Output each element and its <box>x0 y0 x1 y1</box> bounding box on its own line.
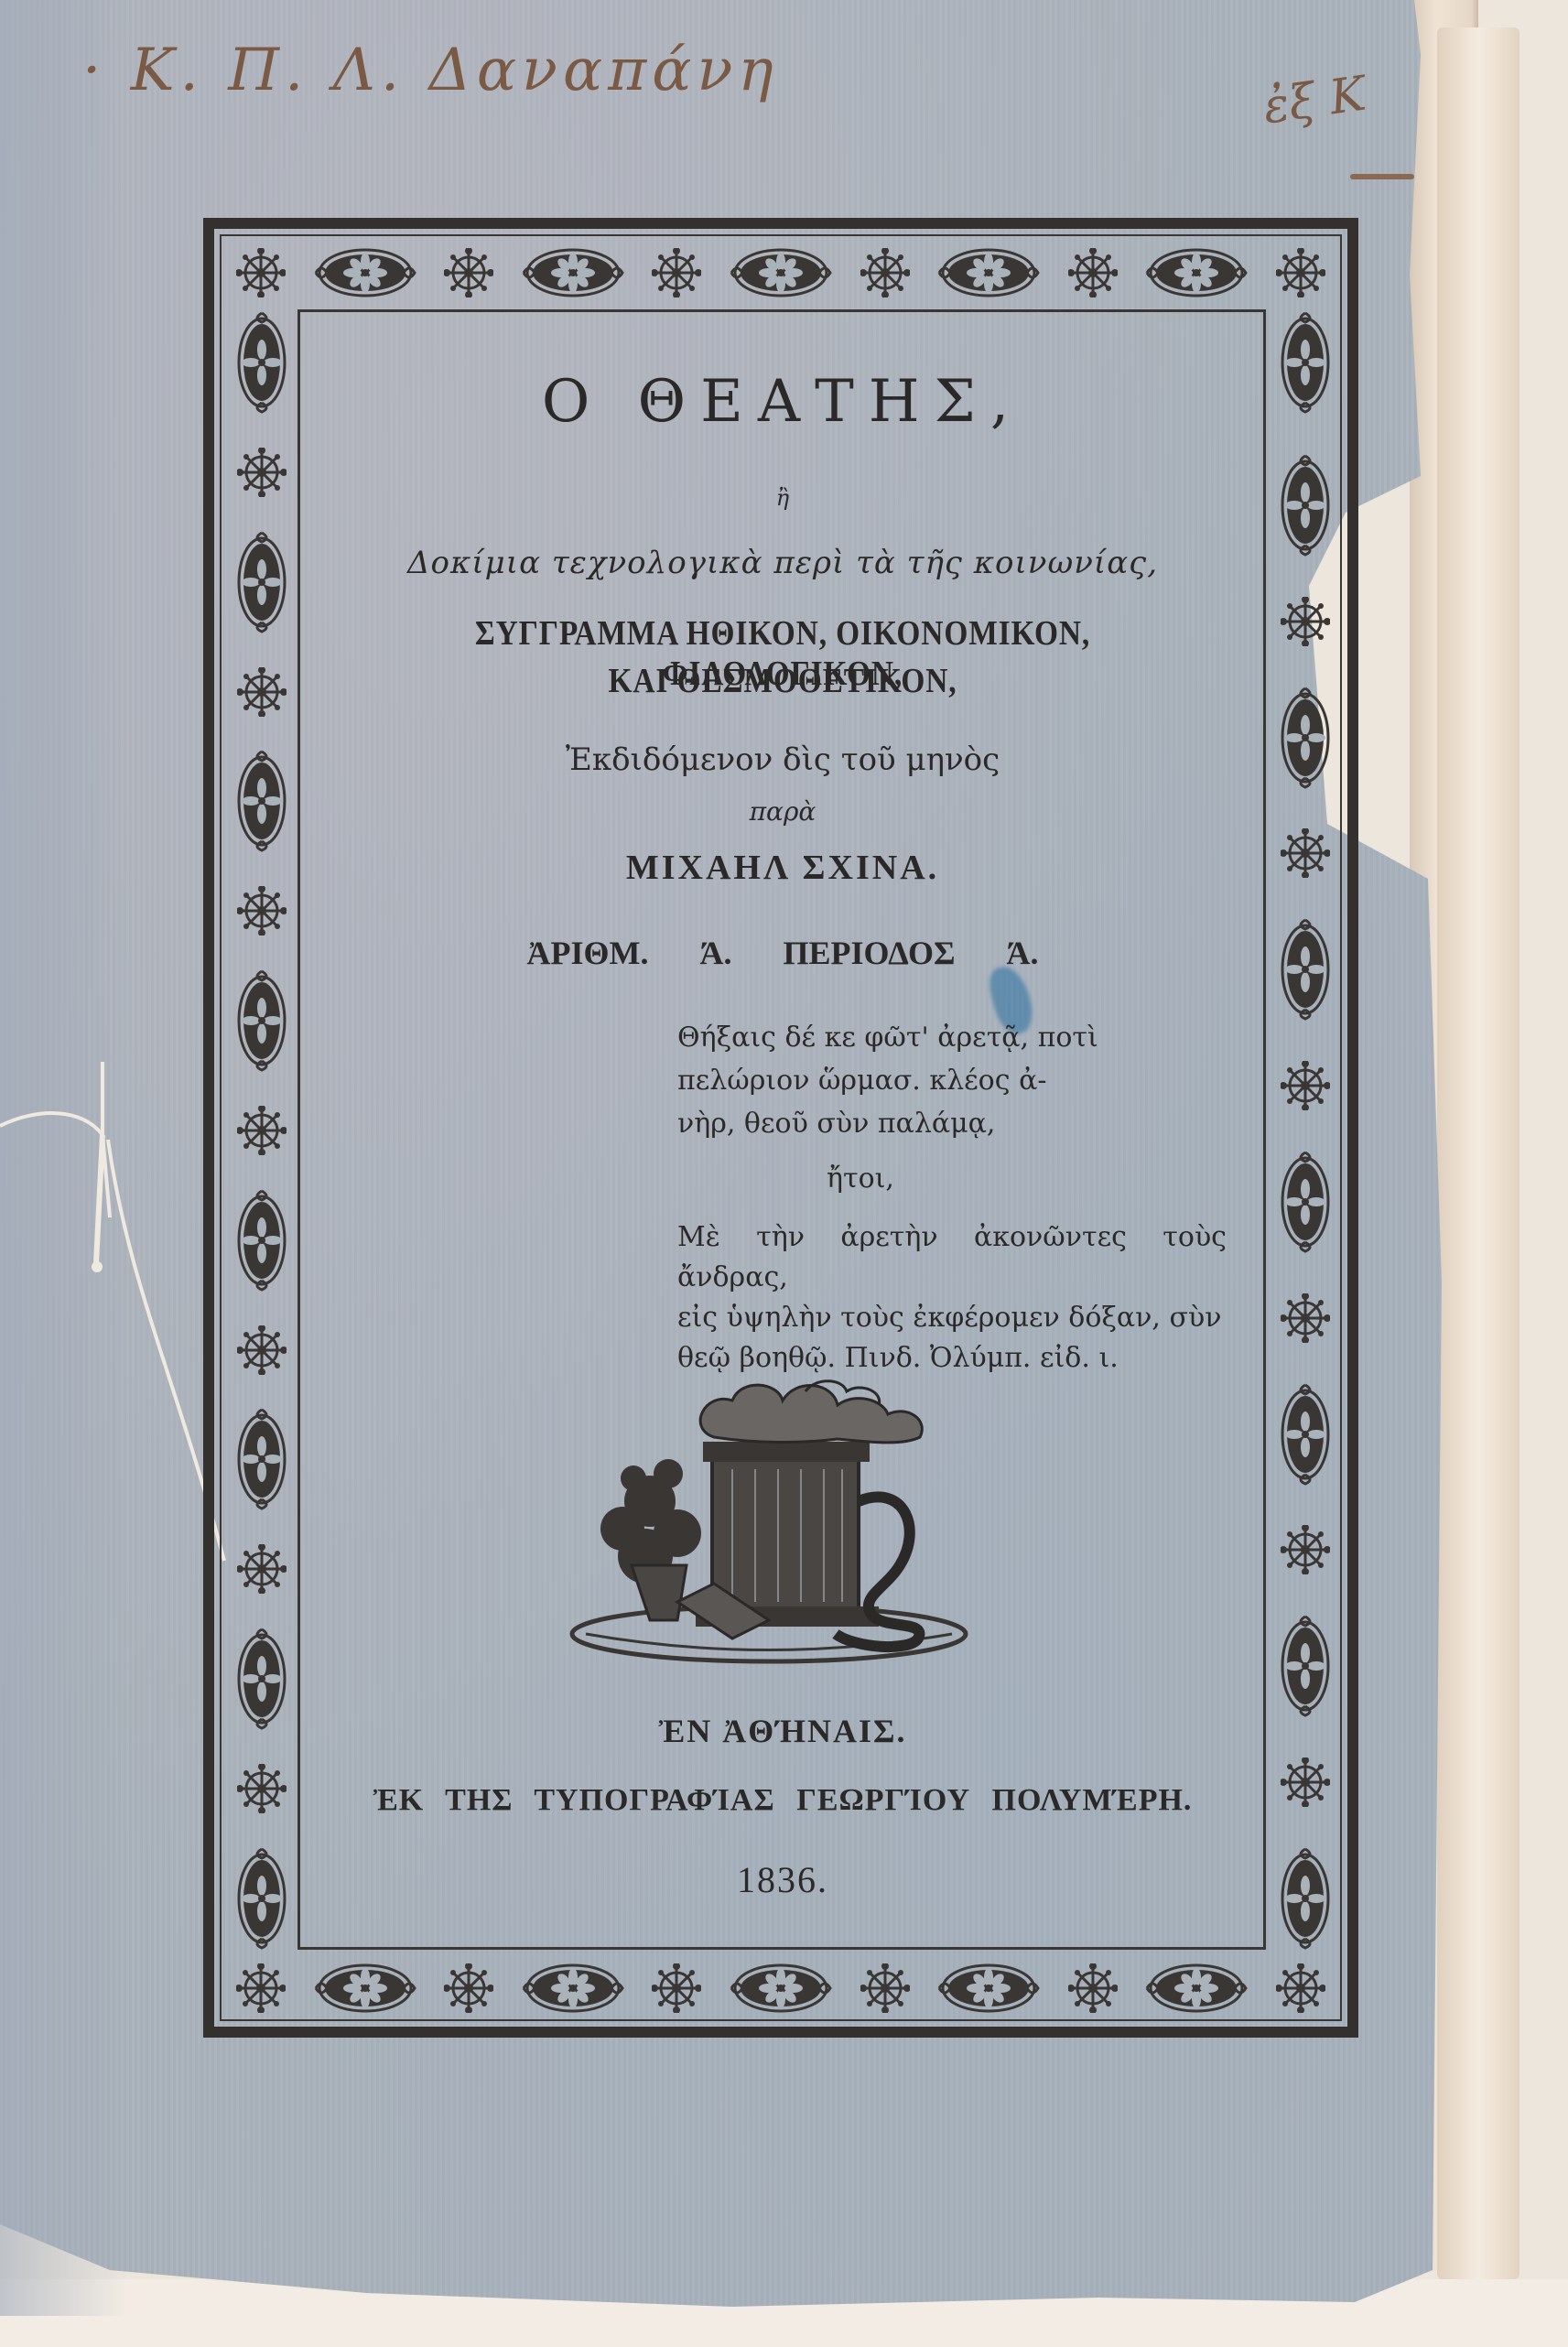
period-label: ΠΕΡΙΟΔΟΣ <box>783 935 955 971</box>
wheel-ornament-icon <box>444 1963 493 2013</box>
rosette-ornament-icon <box>236 1628 287 1730</box>
rosette-ornament-icon <box>1280 687 1331 789</box>
imprint-place: ἘΝ ἈΘΉΝΑΙΣ. <box>302 1712 1263 1750</box>
wheel-ornament-icon <box>1276 248 1325 297</box>
handwritten-dash <box>1350 174 1414 179</box>
translation-line: Μὲ τὴν ἀρετὴν ἀκονῶντες τοὺς ἄνδρας, <box>677 1217 1227 1298</box>
rosette-ornament-icon <box>311 247 419 298</box>
right-ornament-border <box>1272 311 1338 1950</box>
rosette-ornament-icon <box>1142 1963 1250 2014</box>
rosette-ornament-icon <box>236 1189 287 1292</box>
rosette-ornament-icon <box>236 311 287 414</box>
wheel-ornament-icon <box>444 248 493 297</box>
rosette-ornament-icon <box>236 750 287 852</box>
rosette-ornament-icon <box>236 531 287 633</box>
imprint-year: 1836. <box>302 1858 1263 1901</box>
wheel-ornament-icon <box>1281 1525 1330 1574</box>
wheel-ornament-icon <box>1281 1293 1330 1343</box>
rosette-ornament-icon <box>727 1963 835 2014</box>
rosette-ornament-icon <box>935 247 1043 298</box>
epigraph-line: Θήξαις δέ κε φῶτ' ἀρετᾷ, ποτὶ <box>677 1016 1098 1059</box>
rosette-ornament-icon <box>311 1963 419 2014</box>
epigraph-line: νὴρ, θεοῦ σὺν παλάμᾳ, <box>677 1102 1098 1145</box>
rosette-ornament-icon <box>1280 1383 1331 1486</box>
wheel-ornament-icon <box>1281 828 1330 878</box>
wheel-ornament-icon <box>1281 1061 1330 1110</box>
wheel-ornament-icon <box>652 1963 701 2013</box>
altar-vignette-icon <box>549 1373 989 1666</box>
wheel-ornament-icon <box>1068 1963 1118 2013</box>
wheel-ornament-icon <box>1276 1963 1325 2013</box>
rosette-ornament-icon <box>519 1963 627 2014</box>
rosette-ornament-icon <box>1280 918 1331 1021</box>
rosette-ornament-icon <box>727 247 835 298</box>
translation-line: εἰς ὑψηλὴν τοὺς ἐκφέρομεν δόξαν, σὺν <box>677 1298 1227 1338</box>
left-ornament-border <box>229 311 295 1950</box>
author-name: ΜΙΧΑΗΛ ΣΧΙΝΑ. <box>302 848 1263 888</box>
owner-inscription: · Κ. Π. Λ. Δαναπάνη <box>82 37 779 104</box>
or-conjunction: ἢ <box>302 485 1263 511</box>
wheel-ornament-icon <box>652 248 701 297</box>
wheel-ornament-icon <box>237 1106 287 1155</box>
wheel-ornament-icon <box>236 248 286 297</box>
issue-number-label: ἈΡΙΘΜ. <box>526 935 648 971</box>
rosette-ornament-icon <box>236 1408 287 1510</box>
rosette-ornament-icon <box>1142 247 1250 298</box>
subtitle: Δοκίμια τεχνολογικὰ περὶ τὰ τῆς κοινωνία… <box>302 545 1263 581</box>
issue-number-value: Ά. <box>699 935 731 971</box>
rosette-ornament-icon <box>236 1847 287 1950</box>
epigraph-greek: Θήξαις δέ κε φῶτ' ἀρετᾷ, ποτὶ πελώριον ὥ… <box>677 1016 1098 1145</box>
wheel-ornament-icon <box>1281 1758 1330 1807</box>
wheel-ornament-icon <box>237 886 287 936</box>
wheel-ornament-icon <box>237 448 287 497</box>
by-word: παρὰ <box>302 796 1263 827</box>
wheel-ornament-icon <box>860 1963 910 2013</box>
inner-page-edge <box>1437 27 1519 2279</box>
title-page-content: Ο ΘΕΑΤΗΣ, ἢ Δοκίμια τεχνολογικὰ περὶ τὰ … <box>302 311 1263 1950</box>
issue-line: ἈΡΙΘΜ.Ά.ΠΕΡΙΟΔΟΣΆ. <box>302 934 1263 972</box>
genre-line-2: ΚΑΙ ΘΕΣΜΟΘΕΤΙΚΟΝ, <box>360 661 1206 701</box>
epigraph-line: πελώριον ὥρμασ. κλέος ἀ- <box>677 1059 1098 1102</box>
epigraph-translation: Μὲ τὴν ἀρετὴν ἀκονῶντες τοὺς ἄνδρας, εἰς… <box>677 1217 1227 1379</box>
wheel-ornament-icon <box>237 1764 287 1813</box>
wheel-ornament-icon <box>1068 248 1118 297</box>
rosette-ornament-icon <box>1280 1151 1331 1253</box>
binding-thread-icon <box>0 1053 238 1565</box>
wheel-ornament-icon <box>237 1544 287 1594</box>
rosette-ornament-icon <box>1280 454 1331 557</box>
periodical-title: Ο ΘΕΑΤΗΣ, <box>302 368 1263 436</box>
epigraph-connector: ἤτοι, <box>302 1163 1263 1195</box>
wheel-ornament-icon <box>237 667 287 717</box>
period-value: Ά. <box>1007 935 1039 971</box>
bottom-ornament-border <box>236 1955 1325 2021</box>
wheel-ornament-icon <box>1281 597 1330 646</box>
rosette-ornament-icon <box>1280 311 1331 414</box>
rosette-ornament-icon <box>1280 1615 1331 1717</box>
rosette-ornament-icon <box>1280 1847 1331 1950</box>
rosette-ornament-icon <box>519 247 627 298</box>
publication-frequency: Ἐκδιδόμενον δὶς τοῦ μηνὸς <box>302 741 1263 778</box>
wheel-ornament-icon <box>860 248 910 297</box>
imprint-press: ἘΚ ΤΗΣ ΤΥΠΟΓΡΑΦΊΑΣ ΓΕΩΡΓΊΟΥ ΠΟΛΥΜΈΡΗ. <box>302 1783 1263 1818</box>
wheel-ornament-icon <box>236 1963 286 2013</box>
rosette-ornament-icon <box>935 1963 1043 2014</box>
rosette-ornament-icon <box>236 969 287 1072</box>
top-ornament-border <box>236 240 1325 306</box>
wheel-ornament-icon <box>237 1325 287 1375</box>
